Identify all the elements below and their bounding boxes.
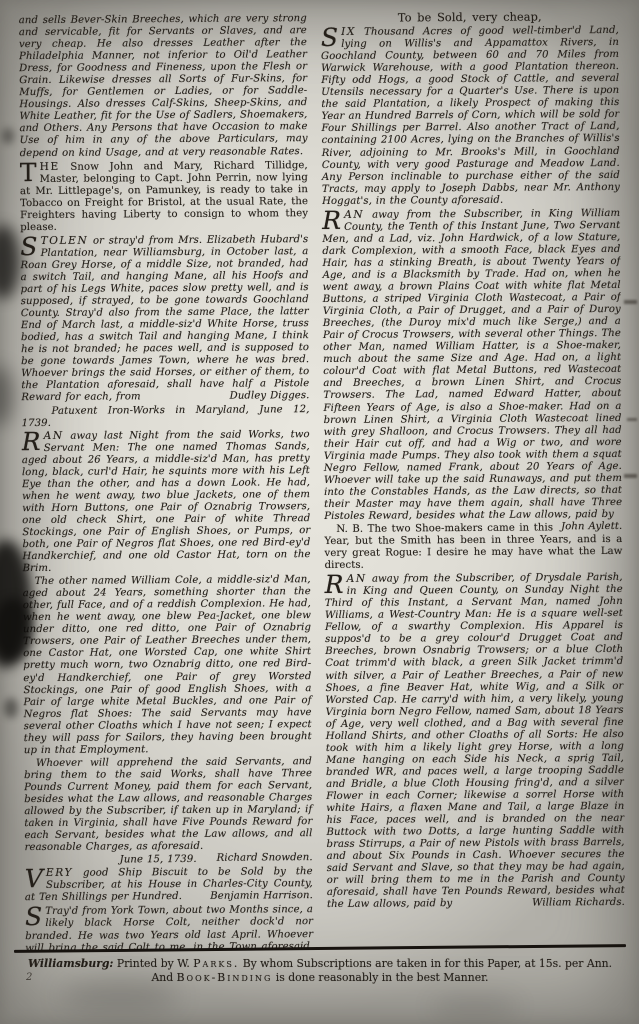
ad-ship-biscuit: VERY good Ship Biscuit to be Sold by the… [25,865,313,904]
footer-place: Williamsburg: [28,957,113,970]
handwritten-margin-note: 2 [26,972,32,983]
lead-word: ERY [46,867,73,879]
ink-smudge [0,366,14,426]
ad-strayed-colt: STray'd from York Town, about two Months… [25,903,313,951]
ad-drysdale-text: away from the Subscriber, of Drysdale Pa… [325,572,625,910]
drop-cap-V: V [25,867,46,889]
ad-land-text: Thousand Acres of good well-timber'd Lan… [321,25,620,207]
ink-smudge [2,128,14,144]
ink-smudge [0,225,20,299]
ad-stolen-horses: STOLEN or stray'd from Mrs. Elizabeth Hu… [20,233,309,405]
ad-stolen-text: or stray'd from Mrs. Elizabeth Hubard's … [20,234,309,404]
drop-cap-R: R [22,430,44,452]
ad-leather-dresser-text: and sells Bever-Skin Breeches, which are… [19,13,308,159]
right-column: To be Sold, very cheap, SIX Thousand Acr… [321,11,626,949]
signature-john-aylett: John Aylett. [553,521,622,534]
ad-leather-dresser: and sells Bever-Skin Breeches, which are… [19,13,308,160]
drop-cap-S: S [321,26,341,48]
ad-king-william-text: away from the Subscriber, in King Willia… [322,208,622,522]
lead-word: AN [44,429,64,441]
drop-cap-R: R [322,209,344,231]
drop-cap-S: S [25,905,45,927]
drop-cap-S: S [20,235,40,257]
lead-word: AN [344,208,364,220]
ad-runaway-ironworks-cont: The other named William Cole, a middle-s… [23,574,312,757]
signature-richard-snowden: Richard Snowden. [197,852,313,865]
lead-word: AN [347,573,367,585]
ad-snow-text: Snow John and Mary, Richard Tillidge, Ma… [20,160,308,233]
ad-land-for-sale: SIX Thousand Acres of good well-timber'd… [321,24,620,208]
ink-smudge [4,698,18,718]
drop-cap-R: R [325,573,347,595]
left-column: and sells Bever-Skin Breeches, which are… [19,13,314,951]
lead-word: TOLEN [41,234,89,246]
ad-reward-text: Whoever will apprehend the said Servants… [24,756,312,853]
ad-runaway-ironworks-reward: Whoever will apprehend the said Servants… [24,756,313,854]
ad-runaway-ironworks-text: away last Night from the said Works, two… [22,429,311,575]
footer-printed-by: Printed by W. [117,957,190,970]
edge-ink-mark [624,474,637,478]
lead-word: HE [40,160,60,172]
ad-strayed-colt-text: Tray'd from York Town, about two Months … [25,904,313,951]
lead-word: IX [341,26,356,38]
heading-to-be-sold: To be Sold, very cheap, [321,11,619,25]
edge-ink-mark [624,300,637,304]
page-content: and sells Bever-Skin Breeches, which are… [19,11,626,951]
footer-subscription-note: By whom Subscriptions are taken in for t… [243,957,612,970]
newspaper-page-scan: and sells Bever-Skin Breeches, which are… [0,0,639,1024]
edge-ink-mark [627,418,637,421]
drop-cap-T: T [20,161,40,183]
signature-dudley-digges: Dudley Digges. [222,391,310,404]
footer-imprint-line: Williamsburg: Printed by W. Parks. By wh… [20,957,620,970]
ad-runaway-ironworks: RAN away last Night from the said Works,… [22,428,311,576]
dateline-patuxent-ironworks: Patuxent Iron-Works in Maryland, June 12… [21,404,309,430]
paper-stain [60,978,180,1012]
ad-runaway-drysdale: RAN away from the Subscriber, of Drysdal… [325,571,625,911]
ad-runaway-king-william: RAN away from the Subscriber, in King Wi… [322,207,622,523]
footer-printer-name: Parks. [193,957,239,970]
signature-william-richards: William Richards. [524,897,625,910]
footer-bookbinding: Book-Binding [177,971,273,984]
paper-stain [430,995,520,1017]
signature-benjamin-harrison: Benjamin Harrison. [202,890,313,903]
ad-snow-john-and-mary: THE Snow John and Mary, Richard Tillidge… [20,159,309,234]
footer-bookbinding-rest: is done reasonably in the best Manner. [276,971,489,984]
